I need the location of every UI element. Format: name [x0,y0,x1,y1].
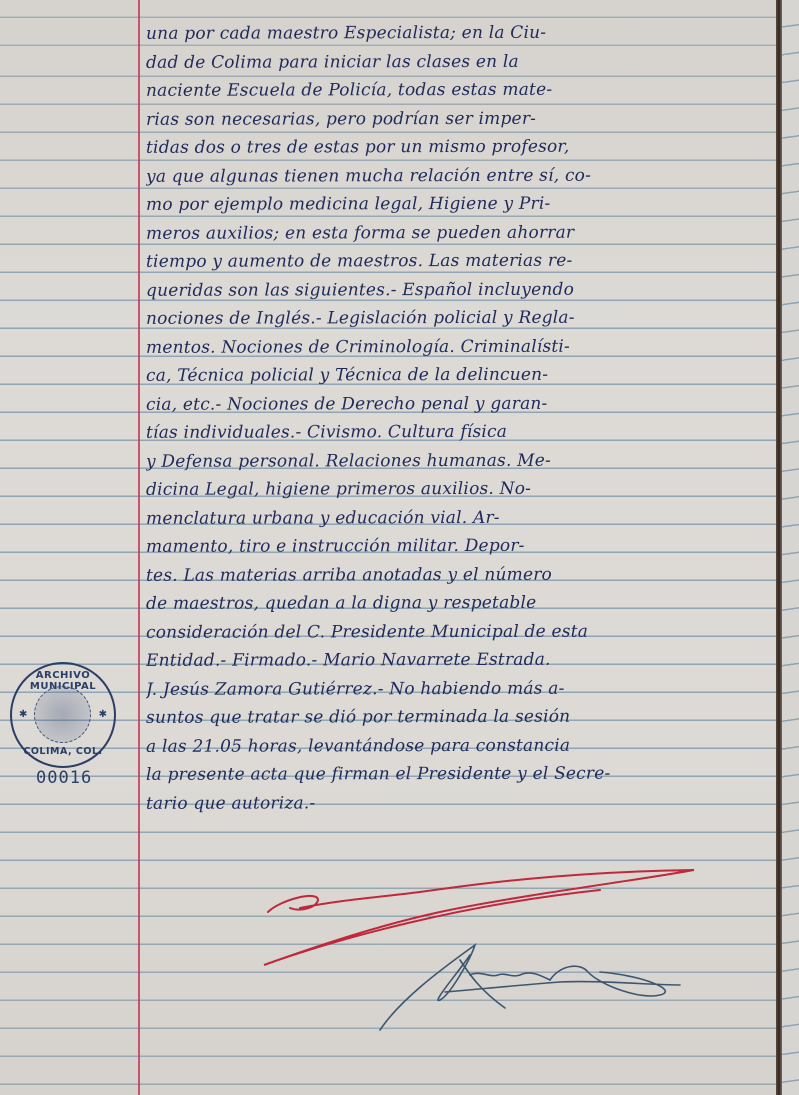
secretary-signature-icon [380,945,680,1030]
president-signature-icon [264,870,694,965]
signatures [0,0,799,1095]
